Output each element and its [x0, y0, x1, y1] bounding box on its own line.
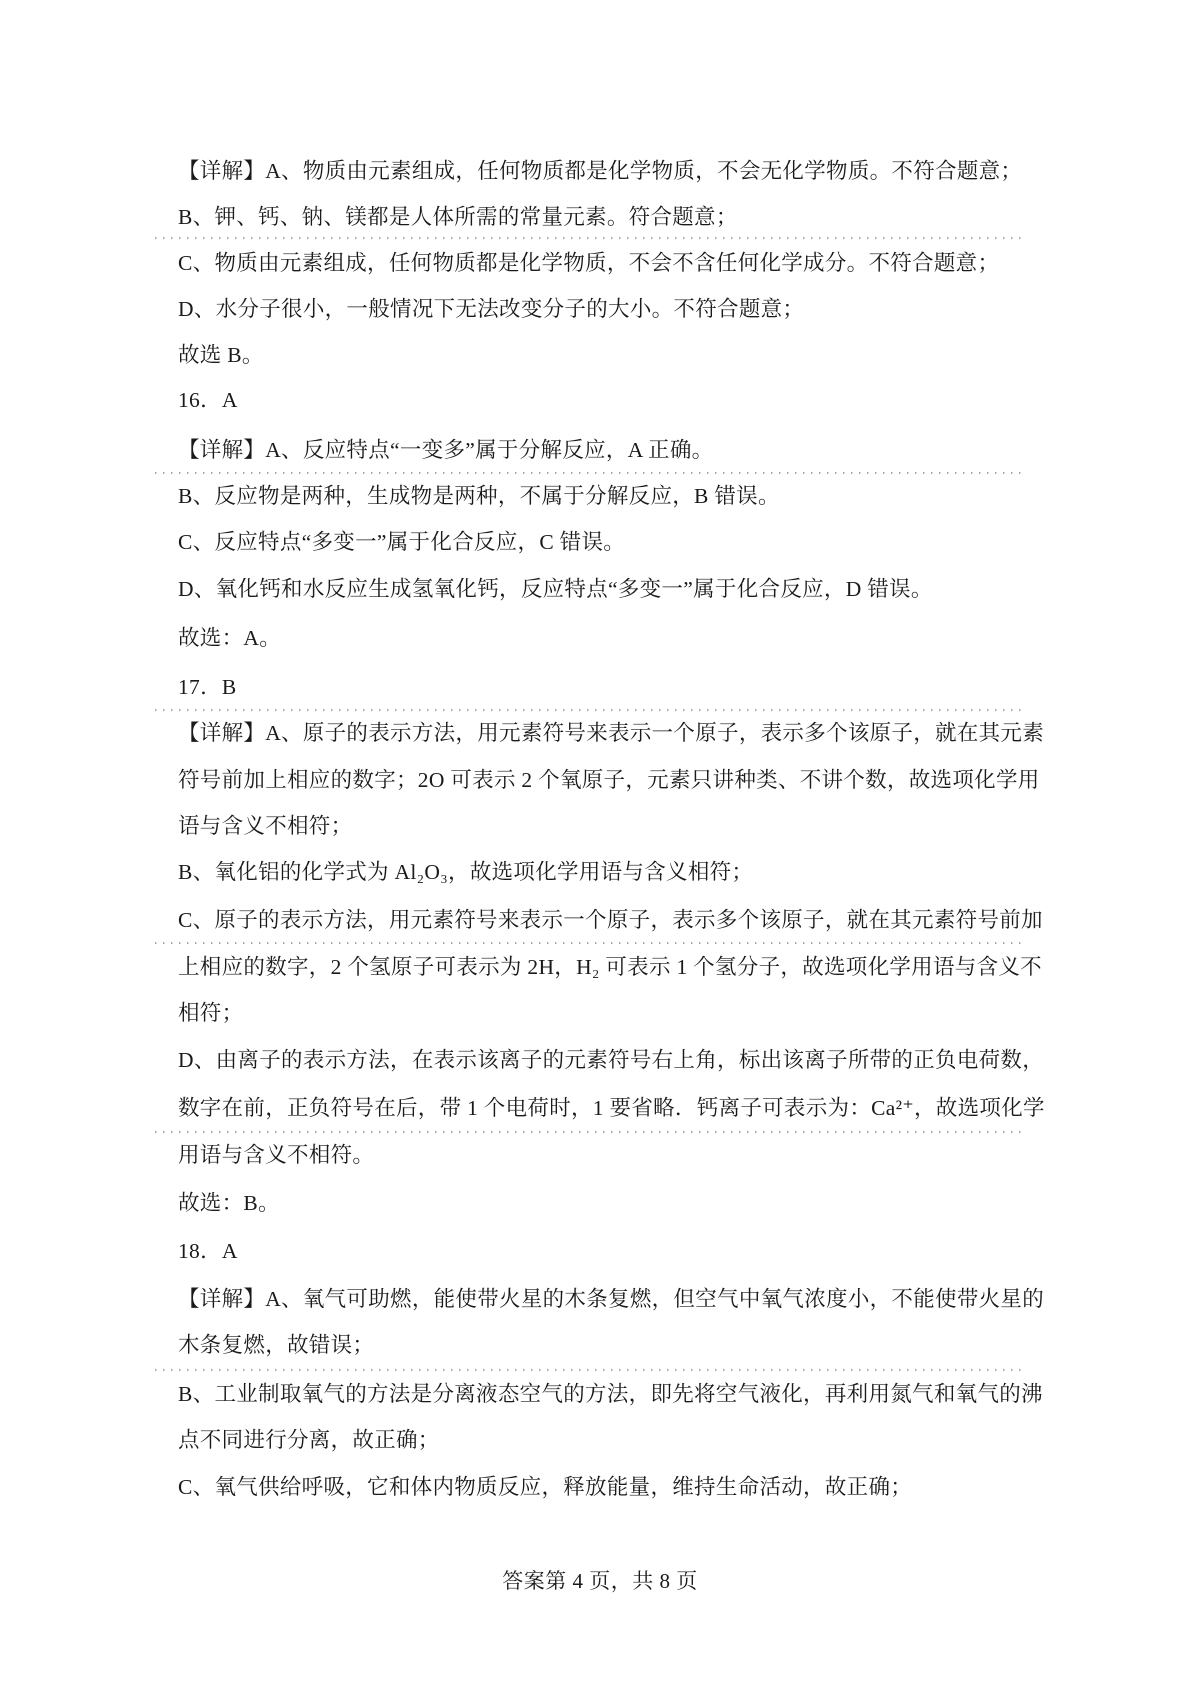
answer-line-q18: 18．A [178, 1235, 238, 1267]
explanation-line-q15-d: D、水分子很小，一般情况下无法改变分子的大小。不符合题意； [178, 293, 804, 325]
dotted-divider-1 [155, 237, 1023, 239]
answer-sheet-page: 【详解】A、物质由元素组成，任何物质都是化学物质，不会无化学物质。不符合题意； … [0, 0, 1200, 1698]
explanation-line-q17-d3: 用语与含义不相符。 [178, 1139, 374, 1171]
dotted-divider-5 [155, 1131, 1023, 1133]
explanation-line-q16-a: 【详解】A、反应特点“一变多”属于分解反应，A 正确。 [178, 434, 713, 466]
explanation-line-q17-a1: 【详解】A、原子的表示方法，用元素符号来表示一个原子，表示多个该原子，就在其元素 [178, 717, 1044, 749]
explanation-line-q17-c2: 上相应的数字，2 个氢原子可表示为 2H，H₂ 可表示 1 个氢分子，故选项化学… [178, 951, 1042, 983]
explanation-line-q18-c: C、氧气供给呼吸，它和体内物质反应，释放能量，维持生命活动，故正确； [178, 1471, 912, 1503]
conclusion-line-q17: 故选：B。 [178, 1187, 280, 1219]
explanation-line-q15-a: 【详解】A、物质由元素组成，任何物质都是化学物质，不会无化学物质。不符合题意； [178, 155, 1022, 187]
page-number-footer: 答案第 4 页，共 8 页 [0, 1566, 1200, 1596]
explanation-line-q16-d: D、氧化钙和水反应生成氢氧化钙，反应特点“多变一”属于化合反应，D 错误。 [178, 573, 933, 605]
explanation-line-q17-d1: D、由离子的表示方法，在表示该离子的元素符号右上角，标出该离子所带的正负电荷数， [178, 1044, 1044, 1076]
conclusion-line-q16: 故选：A。 [178, 622, 281, 654]
explanation-line-q16-c: C、反应特点“多变一”属于化合反应，C 错误。 [178, 526, 625, 558]
explanation-line-q17-c3: 相符； [178, 997, 243, 1029]
explanation-line-q15-b: B、钾、钙、钠、镁都是人体所需的常量元素。符合题意； [178, 201, 738, 233]
explanation-line-q18-b2: 点不同进行分离，故正确； [178, 1424, 440, 1456]
explanation-line-q17-d2: 数字在前，正负符号在后，带 1 个电荷时，1 要省略．钙离子可表示为：Ca²⁺，… [178, 1092, 1045, 1124]
explanation-line-q17-b: B、氧化铝的化学式为 Al₂O₃，故选项化学用语与含义相符； [178, 856, 753, 888]
explanation-line-q18-b1: B、工业制取氧气的方法是分离液态空气的方法，即先将空气液化，再利用氮气和氧气的沸 [178, 1378, 1043, 1410]
dotted-divider-2 [155, 472, 1023, 474]
explanation-line-q17-a2: 符号前加上相应的数字；2O 可表示 2 个氧原子，元素只讲种类、不讲个数，故选项… [178, 764, 1040, 796]
explanation-line-q18-a2: 木条复燃，故错误； [178, 1329, 374, 1361]
answer-line-q16: 16．A [178, 384, 238, 416]
explanation-line-q15-c: C、物质由元素组成，任何物质都是化学物质，不会不含任何化学成分。不符合题意； [178, 247, 999, 279]
conclusion-line-q15: 故选 B。 [178, 339, 264, 371]
dotted-divider-3 [155, 709, 1023, 711]
explanation-line-q17-c1: C、原子的表示方法，用元素符号来表示一个原子，表示多个该原子，就在其元素符号前加 [178, 904, 1043, 936]
explanation-line-q16-b: B、反应物是两种，生成物是两种，不属于分解反应，B 错误。 [178, 480, 780, 512]
answer-line-q17: 17．B [178, 671, 237, 703]
dotted-divider-6 [155, 1369, 1023, 1371]
explanation-line-q18-a1: 【详解】A、氧气可助燃，能使带火星的木条复燃，但空气中氧气浓度小，不能使带火星的 [178, 1283, 1044, 1315]
dotted-divider-4 [155, 942, 1023, 944]
explanation-line-q17-a3: 语与含义不相符； [178, 810, 352, 842]
